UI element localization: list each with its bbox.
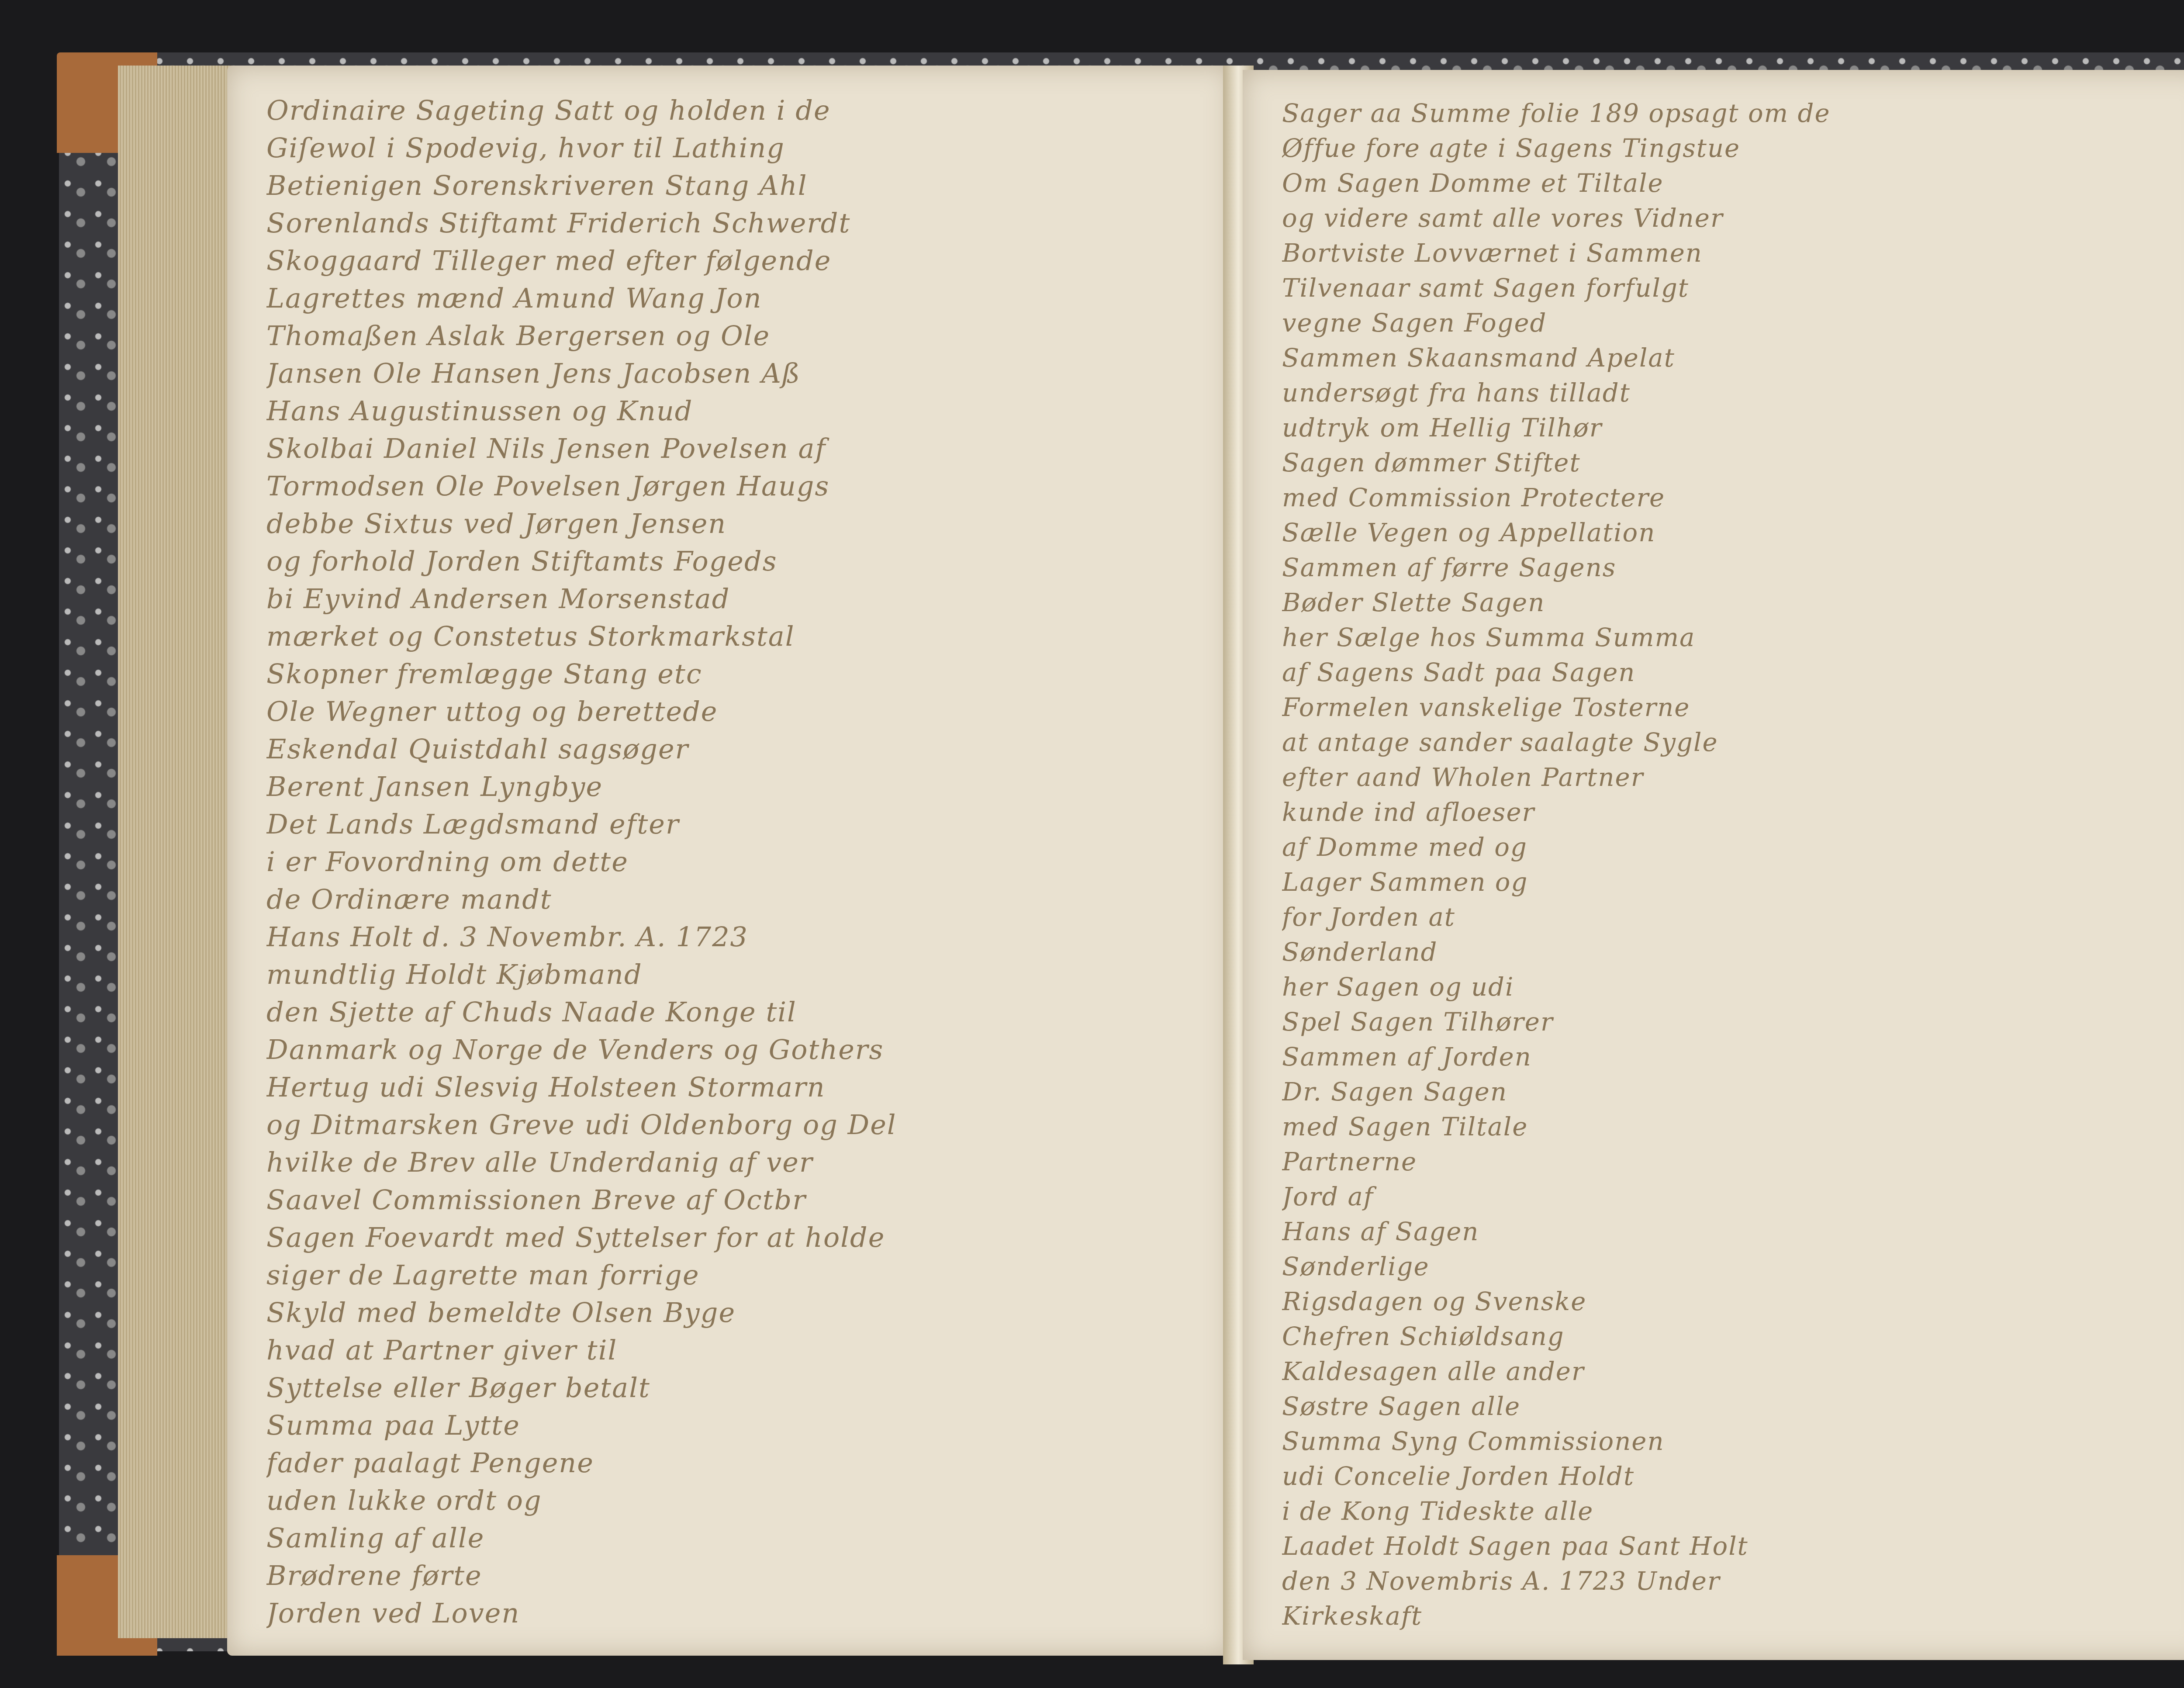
handwritten-line: Lagrettes mænd Amund Wang Jon: [266, 280, 1206, 317]
handwritten-line: Sønderlige: [1282, 1249, 2184, 1284]
handwritten-line: kunde ind afloeser: [1282, 795, 2184, 830]
handwritten-line: Skoggaard Tilleger med efter følgende: [266, 242, 1206, 280]
handwritten-line: den 3 Novembris A. 1723 Under: [1282, 1564, 2184, 1599]
handwritten-line: Sammen Skaansmand Apelat: [1282, 341, 2184, 376]
handwritten-line: udi Concelie Jorden Holdt: [1282, 1459, 2184, 1494]
handwritten-line: Jansen Ole Hansen Jens Jacobsen Aß: [266, 355, 1206, 392]
handwritten-line: i de Kong Tideskte alle: [1282, 1494, 2184, 1529]
handwritten-line: Om Sagen Domme et Tiltale: [1282, 166, 2184, 201]
handwritten-line: de Ordinære mandt: [266, 881, 1206, 918]
handwritten-line: bi Eyvind Andersen Morsenstad: [266, 580, 1206, 618]
handwritten-line: efter aand Wholen Partner: [1282, 760, 2184, 795]
left-page-text: Ordinaire Sageting Satt og holden i deGi…: [266, 92, 1206, 1632]
left-page: Ordinaire Sageting Satt og holden i deGi…: [227, 66, 1232, 1656]
handwritten-line: Hertug udi Slesvig Holsteen Stormarn: [266, 1069, 1206, 1106]
handwritten-line: Jord af: [1282, 1180, 2184, 1214]
handwritten-line: Kaldesagen alle ander: [1282, 1354, 2184, 1389]
handwritten-line: Sønderland: [1282, 935, 2184, 970]
handwritten-line: Brødrene førte: [266, 1557, 1206, 1595]
handwritten-line: Det Lands Lægdsmand efter: [266, 806, 1206, 843]
handwritten-line: Skyld med bemeldte Olsen Byge: [266, 1294, 1206, 1332]
handwritten-line: Øffue fore agte i Sagens Tingstue: [1282, 131, 2184, 166]
handwritten-line: at antage sander saalagte Sygle: [1282, 725, 2184, 760]
handwritten-line: Sagen dømmer Stiftet: [1282, 446, 2184, 481]
handwritten-line: Laadet Holdt Sagen paa Sant Holt: [1282, 1529, 2184, 1564]
handwritten-line: for Jorden at: [1282, 900, 2184, 935]
handwritten-line: Saavel Commissionen Breve af Octbr: [266, 1181, 1206, 1219]
handwritten-line: af Sagens Sadt paa Sagen: [1282, 655, 2184, 690]
handwritten-line: Hans Holt d. 3 Novembr. A. 1723: [266, 918, 1206, 956]
handwritten-line: Skopner fremlægge Stang etc: [266, 655, 1206, 693]
handwritten-line: Syttelse eller Bøger betalt: [266, 1369, 1206, 1407]
handwritten-line: Betienigen Sorenskriveren Stang Ahl: [266, 167, 1206, 204]
handwritten-line: fader paalagt Pengene: [266, 1444, 1206, 1482]
handwritten-line: Chefren Schiøldsang: [1282, 1319, 2184, 1354]
handwritten-line: Summa Syng Commissionen: [1282, 1424, 2184, 1459]
handwritten-line: siger de Lagrette man forrige: [266, 1256, 1206, 1294]
handwritten-line: af Domme med og: [1282, 830, 2184, 865]
handwritten-line: Partnerne: [1282, 1145, 2184, 1180]
handwritten-line: Søstre Sagen alle: [1282, 1389, 2184, 1424]
handwritten-line: Hans Augustinussen og Knud: [266, 392, 1206, 430]
handwritten-line: Sagen Foevardt med Syttelser for at hold…: [266, 1219, 1206, 1256]
handwritten-line: og forhold Jorden Stiftamts Fogeds: [266, 543, 1206, 580]
handwritten-line: Spel Sagen Tilhører: [1282, 1005, 2184, 1040]
handwritten-line: Sammen af Jorden: [1282, 1040, 2184, 1075]
handwritten-line: hvilke de Brev alle Underdanig af ver: [266, 1144, 1206, 1181]
handwritten-line: Thomaßen Aslak Bergersen og Ole: [266, 317, 1206, 355]
handwritten-line: Bortviste Lovværnet i Sammen: [1282, 236, 2184, 271]
handwritten-line: og Ditmarsken Greve udi Oldenborg og Del: [266, 1106, 1206, 1144]
handwritten-line: Summa paa Lytte: [266, 1407, 1206, 1444]
handwritten-line: undersøgt fra hans tilladt: [1282, 376, 2184, 411]
right-page-text: Sager aa Summe folie 189 opsagt om deØff…: [1282, 96, 2184, 1634]
handwritten-line: Berent Jansen Lyngbye: [266, 768, 1206, 806]
page-edges-left: [118, 66, 232, 1638]
handwritten-line: Sammen af førre Sagens: [1282, 550, 2184, 585]
handwritten-line: Tilvenaar samt Sagen forfulgt: [1282, 271, 2184, 306]
handwritten-line: med Commission Protectere: [1282, 481, 2184, 515]
handwritten-line: Tormodsen Ole Povelsen Jørgen Haugs: [266, 467, 1206, 505]
handwritten-line: Bøder Slette Sagen: [1282, 585, 2184, 620]
handwritten-line: og videre samt alle vores Vidner: [1282, 201, 2184, 236]
handwritten-line: Ole Wegner uttog og berettede: [266, 693, 1206, 730]
handwritten-line: Jorden ved Loven: [266, 1595, 1206, 1632]
handwritten-line: Ordinaire Sageting Satt og holden i de: [266, 92, 1206, 129]
handwritten-line: Formelen vanskelige Tosterne: [1282, 690, 2184, 725]
handwritten-line: Kirkeskaft: [1282, 1599, 2184, 1634]
handwritten-line: Skolbai Daniel Nils Jensen Povelsen af: [266, 430, 1206, 467]
right-page: Sager aa Summe folie 189 opsagt om deØff…: [1243, 70, 2184, 1660]
handwritten-line: debbe Sixtus ved Jørgen Jensen: [266, 505, 1206, 543]
handwritten-line: mærket og Constetus Storkmarkstal: [266, 618, 1206, 655]
handwritten-line: Sorenlands Stiftamt Friderich Schwerdt: [266, 204, 1206, 242]
handwritten-line: Hans af Sagen: [1282, 1214, 2184, 1249]
handwritten-line: Eskendal Quistdahl sagsøger: [266, 730, 1206, 768]
handwritten-line: Samling af alle: [266, 1519, 1206, 1557]
handwritten-line: Rigsdagen og Svenske: [1282, 1284, 2184, 1319]
handwritten-line: udtryk om Hellig Tilhør: [1282, 411, 2184, 446]
handwritten-line: vegne Sagen Foged: [1282, 306, 2184, 341]
handwritten-line: Giſewol i Spodevig, hvor til Lathing: [266, 129, 1206, 167]
handwritten-line: Sælle Vegen og Appellation: [1282, 515, 2184, 550]
handwritten-line: mundtlig Holdt Kjøbmand: [266, 956, 1206, 993]
handwritten-line: Lager Sammen og: [1282, 865, 2184, 900]
handwritten-line: i er Fovordning om dette: [266, 843, 1206, 881]
handwritten-line: Danmark og Norge de Venders og Gothers: [266, 1031, 1206, 1069]
handwritten-line: Dr. Sagen Sagen: [1282, 1075, 2184, 1110]
handwritten-line: med Sagen Tiltale: [1282, 1110, 2184, 1145]
handwritten-line: Sager aa Summe folie 189 opsagt om de: [1282, 96, 2184, 131]
handwritten-line: hvad at Partner giver til: [266, 1332, 1206, 1369]
handwritten-line: her Sælge hos Summa Summa: [1282, 620, 2184, 655]
handwritten-line: den Sjette af Chuds Naade Konge til: [266, 993, 1206, 1031]
handwritten-line: uden lukke ordt og: [266, 1482, 1206, 1519]
handwritten-line: her Sagen og udi: [1282, 970, 2184, 1005]
